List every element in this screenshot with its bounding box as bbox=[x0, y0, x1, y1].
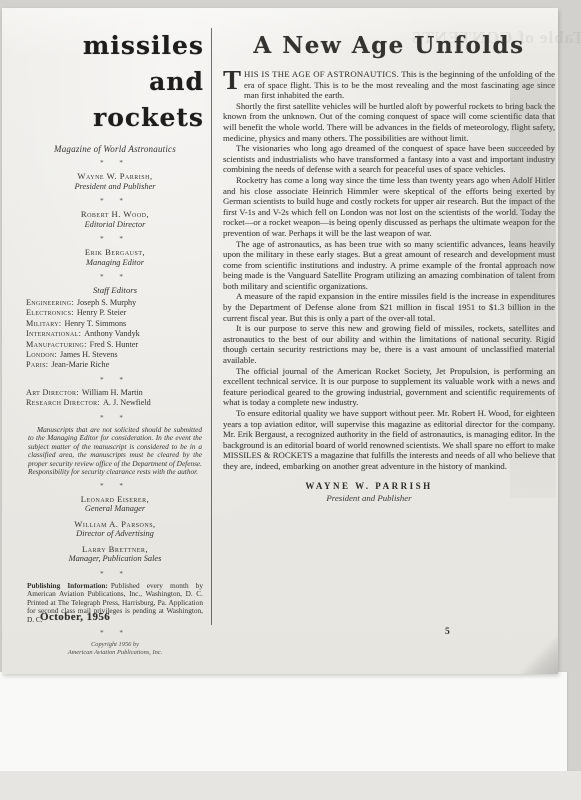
staff-dept: Military: bbox=[26, 319, 61, 328]
staff-editor-row: Manufacturing:Fred S. Hunter bbox=[26, 340, 206, 350]
copyright-line: Copyright 1956 by bbox=[24, 641, 206, 649]
director-row: Art Director:William H. Martin bbox=[26, 388, 206, 398]
ornament-separator: * * bbox=[24, 272, 206, 282]
ornament-separator: * * bbox=[24, 569, 206, 579]
page-corner-shadow bbox=[516, 622, 558, 674]
staff-dept: International: bbox=[26, 329, 81, 338]
article-paragraph: THIS IS THE AGE OF ASTRONAUTICS. This is… bbox=[223, 69, 555, 101]
person-role: Director of Advertising bbox=[24, 529, 206, 540]
article-paragraph: Shortly the first satellite vehicles wil… bbox=[223, 101, 555, 143]
staff-editor-row: London:James H. Stevens bbox=[26, 350, 206, 360]
magazine-tagline: Magazine of World Astronautics bbox=[24, 144, 206, 154]
article-paragraph: The age of astronautics, as has been tru… bbox=[223, 239, 555, 292]
opening-phrase: HIS IS THE AGE OF ASTRONAUTICS. bbox=[244, 69, 399, 79]
masthead-person-publisher: Wayne W. Parrish, President and Publishe… bbox=[24, 171, 206, 192]
staff-name: Anthony Vandyk bbox=[84, 329, 140, 338]
person-role: President and Publisher bbox=[24, 182, 206, 193]
ornament-separator: * * bbox=[24, 481, 206, 491]
scanner-background: Table of CONTENTS missiles and rockets M… bbox=[0, 0, 581, 800]
logo-word-rockets: rockets bbox=[24, 100, 204, 136]
staff-editor-row: Military:Henry T. Simmons bbox=[26, 319, 206, 329]
ornament-separator: * * bbox=[24, 628, 206, 638]
column-divider-rule bbox=[211, 28, 212, 625]
article-title: A New Age Unfolds bbox=[223, 32, 555, 59]
article-paragraph: The visionaries who long ago dreamed of … bbox=[223, 143, 555, 175]
staff-name: Henry P. Steier bbox=[77, 308, 126, 317]
ornament-separator: * * bbox=[24, 234, 206, 244]
staff-editor-row: Electronics:Henry P. Steier bbox=[26, 308, 206, 318]
editorial-article: A New Age Unfolds THIS IS THE AGE OF AST… bbox=[223, 32, 555, 668]
person-name: William A. Parsons, bbox=[24, 519, 206, 530]
manuscript-policy-note: Manuscripts that are not solicited shoul… bbox=[24, 426, 206, 477]
staff-name: Jean-Marie Riche bbox=[51, 360, 109, 369]
staff-editor-row: Engineering:Joseph S. Murphy bbox=[26, 298, 206, 308]
person-name: Erik Bergaust, bbox=[24, 247, 206, 258]
article-paragraph: To ensure editorial quality we have supp… bbox=[223, 408, 555, 472]
director-title: Art Director: bbox=[26, 388, 79, 397]
person-role: Manager, Publication Sales bbox=[24, 554, 206, 565]
staff-name: Henry T. Simmons bbox=[64, 319, 126, 328]
staff-dept: Engineering: bbox=[26, 298, 74, 307]
person-name: Wayne W. Parrish, bbox=[24, 171, 206, 182]
article-paragraph: It is our purpose to serve this new and … bbox=[223, 323, 555, 365]
person-role: Editorial Director bbox=[24, 220, 206, 231]
director-title: Research Director: bbox=[26, 398, 100, 407]
ornament-separator: * * bbox=[24, 375, 206, 385]
staff-dept: London: bbox=[26, 350, 57, 359]
director-name: William H. Martin bbox=[82, 388, 143, 397]
person-name: Leonard Eiserer, bbox=[24, 494, 206, 505]
staff-name: Fred S. Hunter bbox=[90, 340, 138, 349]
issue-date: October, 1956 bbox=[40, 611, 110, 623]
staff-dept: Manufacturing: bbox=[26, 340, 87, 349]
staff-dept: Electronics: bbox=[26, 308, 74, 317]
logo-word-missiles: missiles bbox=[24, 28, 204, 64]
management-general-manager: Leonard Eiserer, General Manager bbox=[24, 494, 206, 515]
article-paragraph: The official journal of the American Roc… bbox=[223, 366, 555, 408]
masthead-person-editorial-director: Robert H. Wood, Editorial Director bbox=[24, 209, 206, 230]
signature-name: WAYNE W. PARRISH bbox=[223, 481, 515, 491]
staff-editors-heading: Staff Editors bbox=[24, 285, 206, 295]
staff-editor-row: International:Anthony Vandyk bbox=[26, 329, 206, 339]
under-sheet bbox=[0, 672, 567, 772]
page-number: 5 bbox=[445, 627, 450, 637]
logo-word-and: and bbox=[24, 64, 204, 100]
staff-dept: Paris: bbox=[26, 360, 48, 369]
scanner-bed-edge bbox=[0, 771, 581, 800]
signature-block: WAYNE W. PARRISH President and Publisher bbox=[223, 481, 555, 503]
director-name: A. J. Newfield bbox=[103, 398, 151, 407]
ornament-separator: * * bbox=[24, 413, 206, 423]
staff-editor-row: Paris:Jean-Marie Riche bbox=[26, 360, 206, 370]
directors-list: Art Director:William H. Martin Research … bbox=[24, 388, 206, 409]
magazine-page: Table of CONTENTS missiles and rockets M… bbox=[2, 8, 558, 674]
drop-cap: T bbox=[223, 69, 244, 91]
director-row: Research Director:A. J. Newfield bbox=[26, 398, 206, 408]
person-role: Managing Editor bbox=[24, 258, 206, 269]
ornament-separator: * * bbox=[24, 158, 206, 168]
magazine-logo: missiles and rockets bbox=[24, 28, 206, 136]
staff-name: Joseph S. Murphy bbox=[77, 298, 136, 307]
article-paragraph: Rocketry has come a long way since the t… bbox=[223, 175, 555, 239]
masthead-column: missiles and rockets Magazine of World A… bbox=[24, 28, 206, 656]
ornament-separator: * * bbox=[24, 196, 206, 206]
management-advertising-director: William A. Parsons, Director of Advertis… bbox=[24, 519, 206, 540]
masthead-person-managing-editor: Erik Bergaust, Managing Editor bbox=[24, 247, 206, 268]
person-name: Larry Brettner, bbox=[24, 544, 206, 555]
person-name: Robert H. Wood, bbox=[24, 209, 206, 220]
article-paragraph: A measure of the rapid expansion in the … bbox=[223, 291, 555, 323]
copyright-line: American Aviation Publications, Inc. bbox=[24, 649, 206, 657]
staff-name: James H. Stevens bbox=[60, 350, 118, 359]
signature-role: President and Publisher bbox=[223, 493, 515, 503]
person-role: General Manager bbox=[24, 504, 206, 515]
staff-editors-list: Engineering:Joseph S. Murphy Electronics… bbox=[24, 298, 206, 371]
management-publication-sales: Larry Brettner, Manager, Publication Sal… bbox=[24, 544, 206, 565]
